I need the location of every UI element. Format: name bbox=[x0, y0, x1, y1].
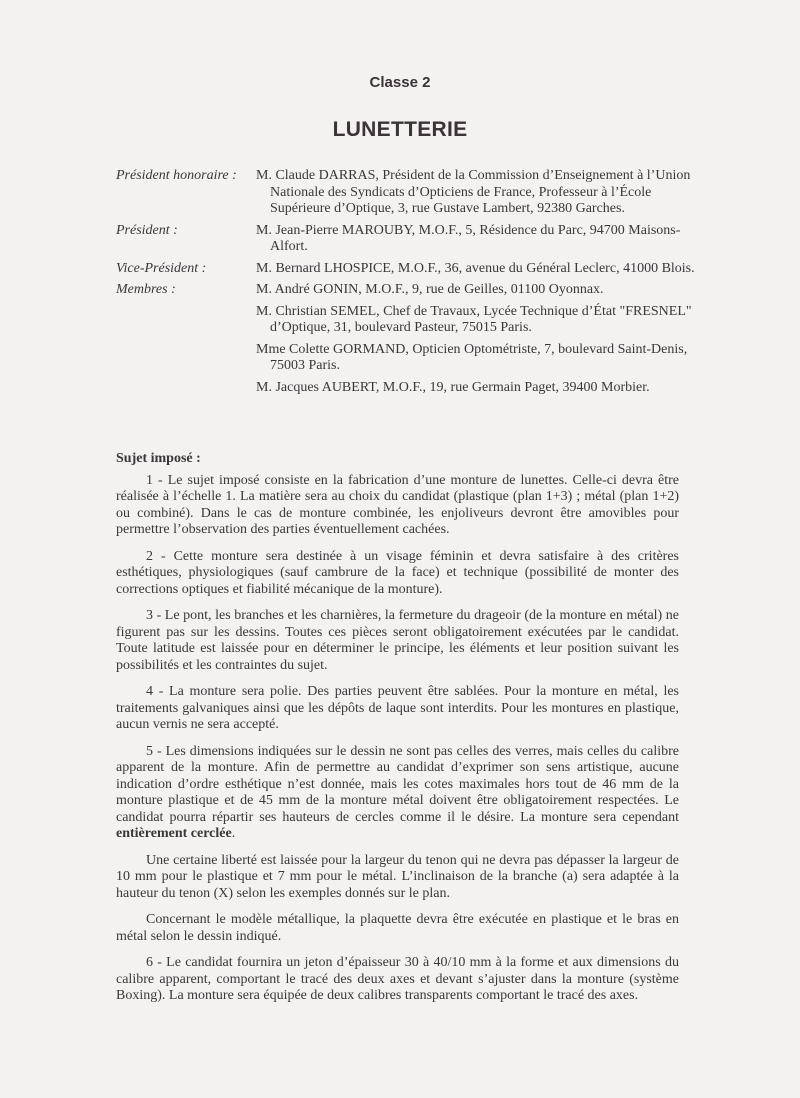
jury-member: M. Claude DARRAS, Président de la Commis… bbox=[256, 168, 696, 218]
section-heading: Sujet imposé : bbox=[116, 451, 679, 468]
jury-role: Membres : bbox=[116, 282, 256, 396]
paragraph-1: 1 - Le sujet imposé consiste en la fabri… bbox=[116, 473, 679, 539]
class-label: Classe 2 bbox=[0, 74, 800, 91]
jury-member: M. André GONIN, M.O.F., 9, rue de Geille… bbox=[256, 282, 696, 299]
jury-member: Mme Colette GORMAND, Opticien Optométris… bbox=[256, 342, 696, 375]
jury-members: M. Jean-Pierre MAROUBY, M.O.F., 5, Résid… bbox=[256, 223, 696, 256]
paragraph-5-end: . bbox=[232, 826, 236, 841]
jury-row-vice-president: Vice-Président : M. Bernard LHOSPICE, M.… bbox=[116, 261, 696, 278]
page-title: LUNETTERIE bbox=[0, 118, 800, 142]
jury-list: Président honoraire : M. Claude DARRAS, … bbox=[116, 168, 696, 401]
jury-members: M. Bernard LHOSPICE, M.O.F., 36, avenue … bbox=[256, 261, 696, 278]
jury-members: M. Claude DARRAS, Président de la Commis… bbox=[256, 168, 696, 218]
paragraph-5: 5 - Les dimensions indiquées sur le dess… bbox=[116, 744, 679, 843]
paragraph-2: 2 - Cette monture sera destinée à un vis… bbox=[116, 549, 679, 599]
paragraph-3: 3 - Le pont, les branches et les charniè… bbox=[116, 608, 679, 674]
paragraph-4: 4 - La monture sera polie. Des parties p… bbox=[116, 684, 679, 734]
jury-row-membres: Membres : M. André GONIN, M.O.F., 9, rue… bbox=[116, 282, 696, 396]
jury-member: M. Christian SEMEL, Chef de Travaux, Lyc… bbox=[256, 304, 696, 337]
jury-role: Vice-Président : bbox=[116, 261, 256, 278]
jury-row-president: Président : M. Jean-Pierre MAROUBY, M.O.… bbox=[116, 223, 696, 256]
paragraph-6: 6 - Le candidat fournira un jeton d’épai… bbox=[116, 955, 679, 1005]
paragraph-5b: Une certaine liberté est laissée pour la… bbox=[116, 853, 679, 903]
jury-role: Président honoraire : bbox=[116, 168, 256, 218]
document-page: Classe 2 LUNETTERIE Président honoraire … bbox=[0, 0, 800, 1098]
jury-member: M. Jacques AUBERT, M.O.F., 19, rue Germa… bbox=[256, 380, 696, 397]
jury-member: M. Jean-Pierre MAROUBY, M.O.F., 5, Résid… bbox=[256, 223, 696, 256]
paragraph-5-text: 5 - Les dimensions indiquées sur le dess… bbox=[116, 744, 679, 825]
paragraph-5c: Concernant le modèle métallique, la plaq… bbox=[116, 912, 679, 945]
jury-member: M. Bernard LHOSPICE, M.O.F., 36, avenue … bbox=[256, 261, 696, 278]
emphasis-text: entièrement cerclée bbox=[116, 826, 232, 841]
jury-members: M. André GONIN, M.O.F., 9, rue de Geille… bbox=[256, 282, 696, 396]
jury-row-president-honoraire: Président honoraire : M. Claude DARRAS, … bbox=[116, 168, 696, 218]
sujet-section: Sujet imposé : 1 - Le sujet imposé consi… bbox=[116, 451, 679, 1015]
jury-role: Président : bbox=[116, 223, 256, 256]
